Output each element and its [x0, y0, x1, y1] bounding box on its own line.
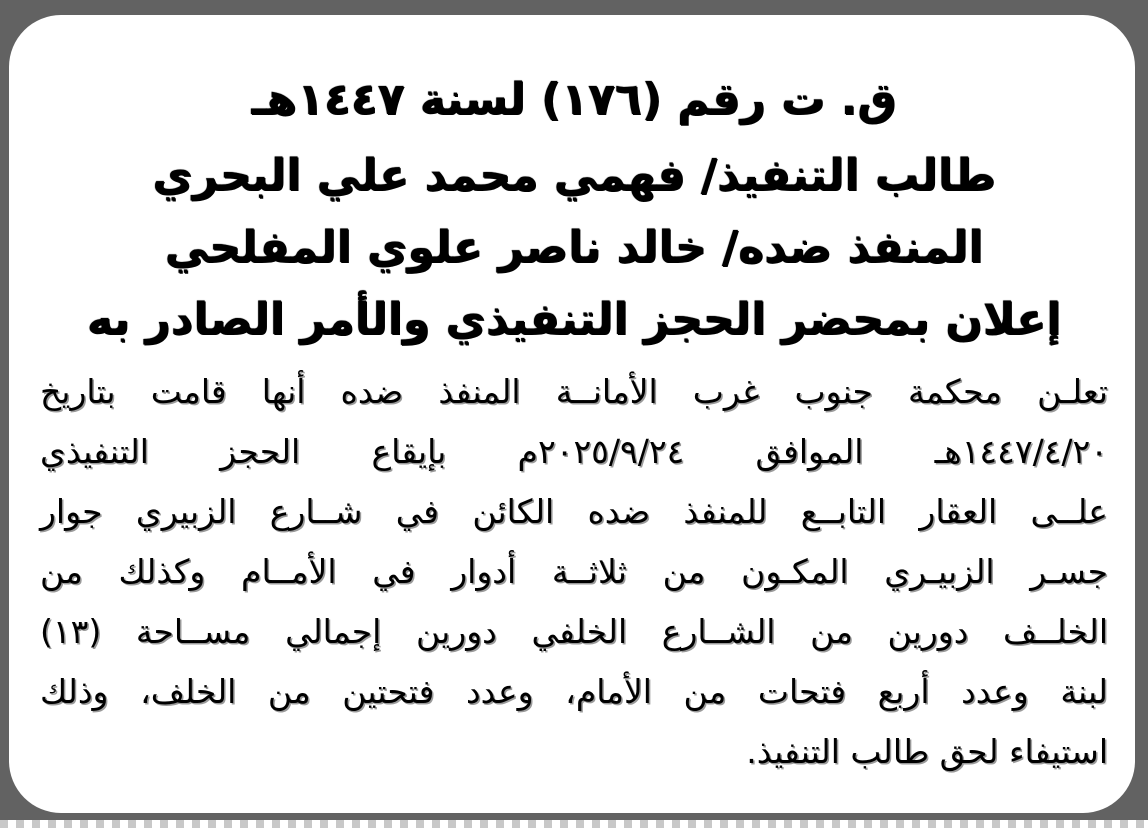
notice-content: ق. ت رقم (١٧٦) لسنة ١٤٤٧هـ طالب التنفيذ/…: [40, 60, 1108, 782]
notice-body: تعلـن محكمة جنوب غرب الأمانــة المنفذ ضد…: [40, 362, 1108, 782]
body-line: علــى العقار التابــع للمنفذ ضده الكائن …: [40, 482, 1108, 542]
body-line: الخلــف دورين من الشــارع الخلفي دورين إ…: [40, 602, 1108, 662]
body-line: استيفاء لحق طالب التنفيذ.: [40, 722, 1108, 782]
body-line: ١٤٤٧/٤/٢٠هـ الموافق ٢٠٢٥/٩/٢٤م بإيقاع ال…: [40, 422, 1108, 482]
body-line: جسـر الزبيـري المكـون من ثلاثــة أدوار ف…: [40, 542, 1108, 602]
transparency-edge: [0, 820, 1148, 828]
notice-title: إعلان بمحضر الحجز التنفيذي والأمر الصادر…: [40, 284, 1108, 356]
body-line: لبنة وعدد أربع فتحات من الأمام، وعدد فتح…: [40, 662, 1108, 722]
respondent-line: المنفذ ضده/ خالد ناصر علوي المفلحي: [40, 212, 1108, 284]
case-number: ق. ت رقم (١٧٦) لسنة ١٤٤٧هـ: [40, 60, 1108, 140]
body-line: تعلـن محكمة جنوب غرب الأمانــة المنفذ ضد…: [40, 362, 1108, 422]
claimant-line: طالب التنفيذ/ فهمي محمد علي البحري: [40, 140, 1108, 212]
